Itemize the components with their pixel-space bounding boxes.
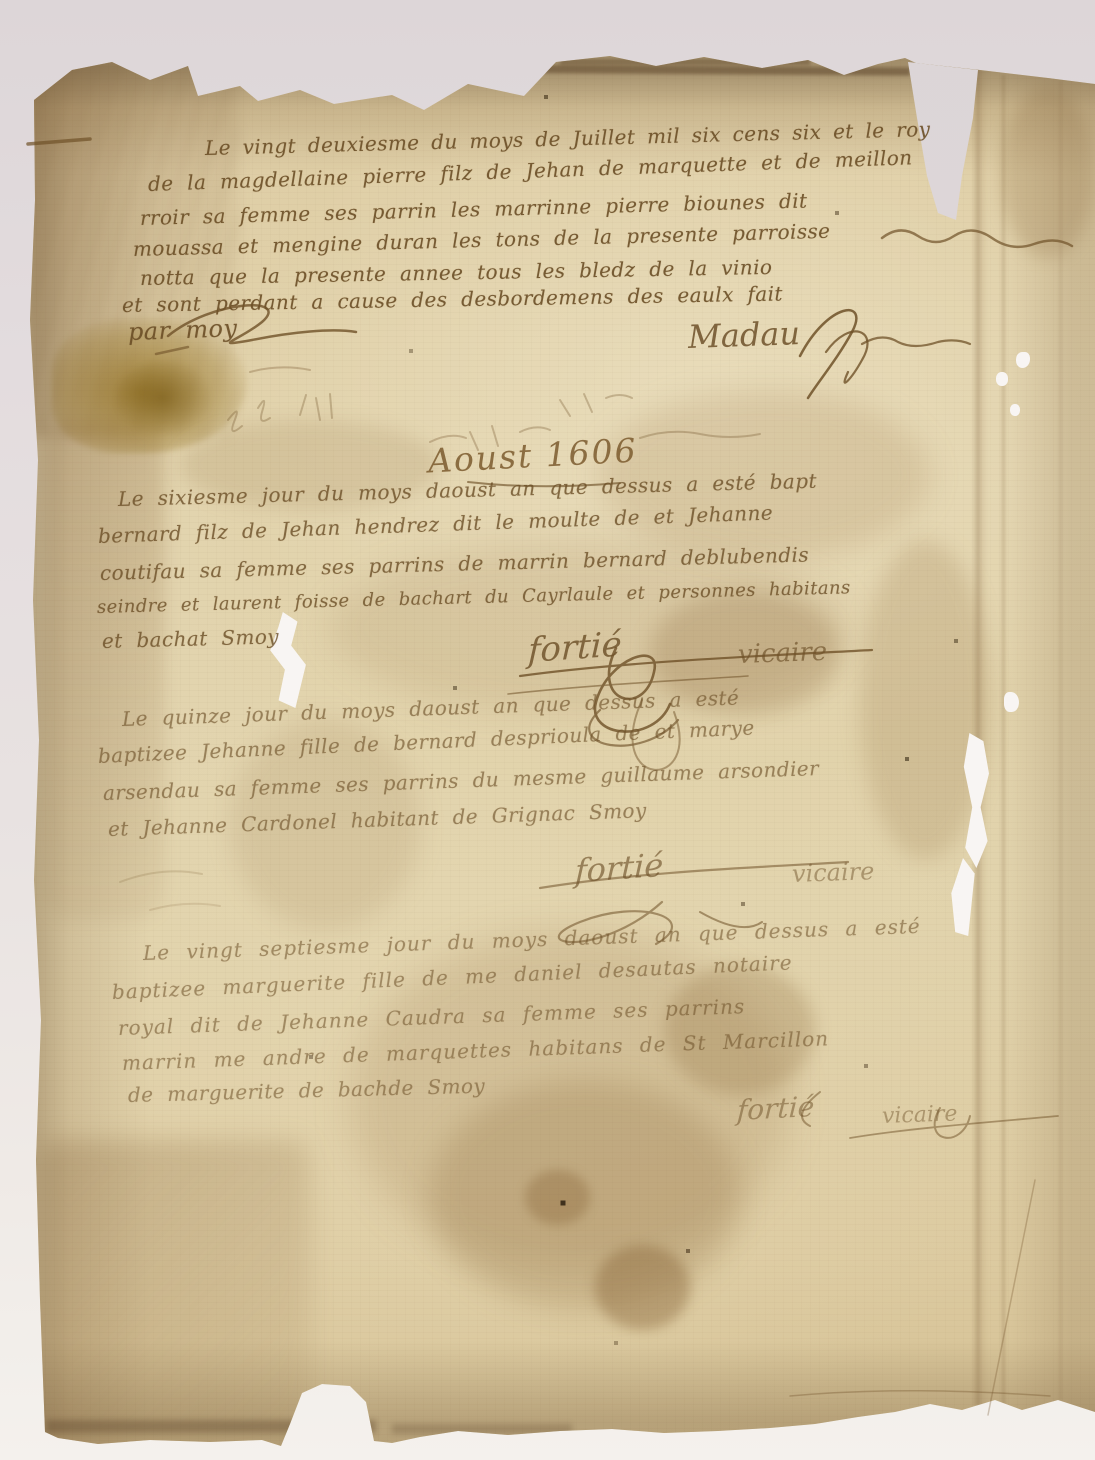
water-stain xyxy=(1000,88,1095,258)
water-stain xyxy=(650,590,840,715)
manuscript-photo: Le vingt deuxiesme du moys de Juillet mi… xyxy=(0,0,1095,1460)
paper-hole xyxy=(961,733,989,868)
tear-crease xyxy=(972,70,988,1405)
paper-hole xyxy=(1010,404,1020,416)
fold-shading xyxy=(44,420,164,920)
water-stain xyxy=(230,720,420,930)
paper-hole xyxy=(996,372,1008,386)
paper-hole xyxy=(1004,692,1019,712)
ink-specks xyxy=(0,0,2,2)
fold-crease xyxy=(1000,75,1007,1405)
water-stain xyxy=(600,390,930,560)
torn-edge-rim xyxy=(430,64,910,75)
ink-blot-core xyxy=(115,360,210,435)
water-stain xyxy=(595,1245,690,1330)
paper-texture xyxy=(0,0,1095,1460)
fold-shading xyxy=(28,58,238,438)
edge-shading xyxy=(0,0,1095,1460)
water-stain xyxy=(40,1140,310,1450)
torn-edge-rim xyxy=(392,1424,572,1434)
water-stain xyxy=(860,540,990,860)
water-stain xyxy=(180,420,440,510)
water-stain xyxy=(430,1080,740,1310)
fold-crease xyxy=(1058,80,1063,1400)
ink-blot xyxy=(52,318,247,453)
paper-hole xyxy=(1016,352,1030,368)
water-stain xyxy=(525,1170,590,1225)
parchment-sheet xyxy=(0,0,1095,1460)
water-stain xyxy=(350,930,790,1270)
water-stain xyxy=(330,540,850,715)
paper-hole xyxy=(950,858,976,936)
paper-hole xyxy=(266,612,308,708)
water-stain xyxy=(665,965,815,1095)
torn-edge-rim xyxy=(46,1420,376,1433)
torn-edge-rim xyxy=(560,59,810,65)
